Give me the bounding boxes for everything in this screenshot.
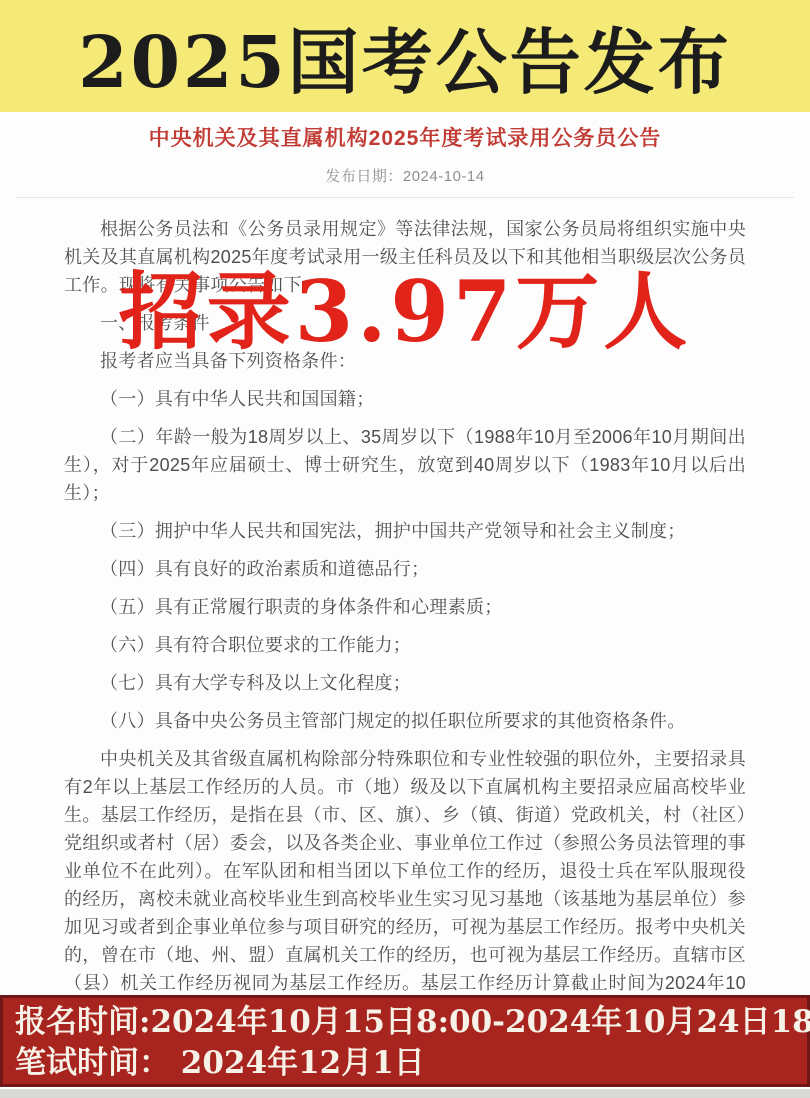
written-exam-time: 笔试时间： 2024年12月1日 (15, 1043, 797, 1084)
recruit-count-overlay: 招录3.97万人 (119, 266, 692, 358)
document-header: 中央机关及其直属机构2025年度考试录用公务员公告 发布日期：2024-10-1… (0, 112, 810, 186)
condition-item: （四）具有良好的政治素质和道德品行； (64, 555, 746, 583)
condition-item: （七）具有大学专科及以上文化程度； (64, 669, 746, 697)
condition-item: （五）具有正常履行职责的身体条件和心理素质； (64, 593, 746, 621)
condition-item: （六）具有符合职位要求的工作能力； (64, 631, 746, 659)
poster-title: 2025国考公告发布 (78, 4, 732, 108)
bottom-strip (0, 1089, 810, 1098)
poster: 2025国考公告发布 中央机关及其直属机构2025年度考试录用公务员公告 发布日… (0, 0, 810, 1098)
condition-item: （三）拥护中华人民共和国宪法，拥护中国共产党领导和社会主义制度； (64, 517, 746, 545)
publish-date: 发布日期：2024-10-14 (0, 165, 810, 186)
registration-time: 报名时间:2024年10月15日8:00-2024年10月24日18:00 (15, 1002, 797, 1043)
document-title: 中央机关及其直属机构2025年度考试录用公务员公告 (0, 112, 810, 152)
condition-item: （八）具备中央公务员主管部门规定的拟任职位所要求的其他资格条件。 (64, 707, 746, 735)
top-banner: 2025国考公告发布 (0, 0, 810, 112)
schedule-banner: 报名时间:2024年10月15日8:00-2024年10月24日18:00 笔试… (0, 995, 810, 1087)
grassroots-experience-paragraph: 中央机关及其省级直属机构除部分特殊职位和专业性较强的职位外，主要招录具有2年以上… (64, 745, 746, 1025)
condition-item: （二）年龄一般为18周岁以上、35周岁以下（1988年10月至2006年10月期… (64, 423, 746, 507)
condition-item: （一）具有中华人民共和国国籍； (64, 385, 746, 413)
